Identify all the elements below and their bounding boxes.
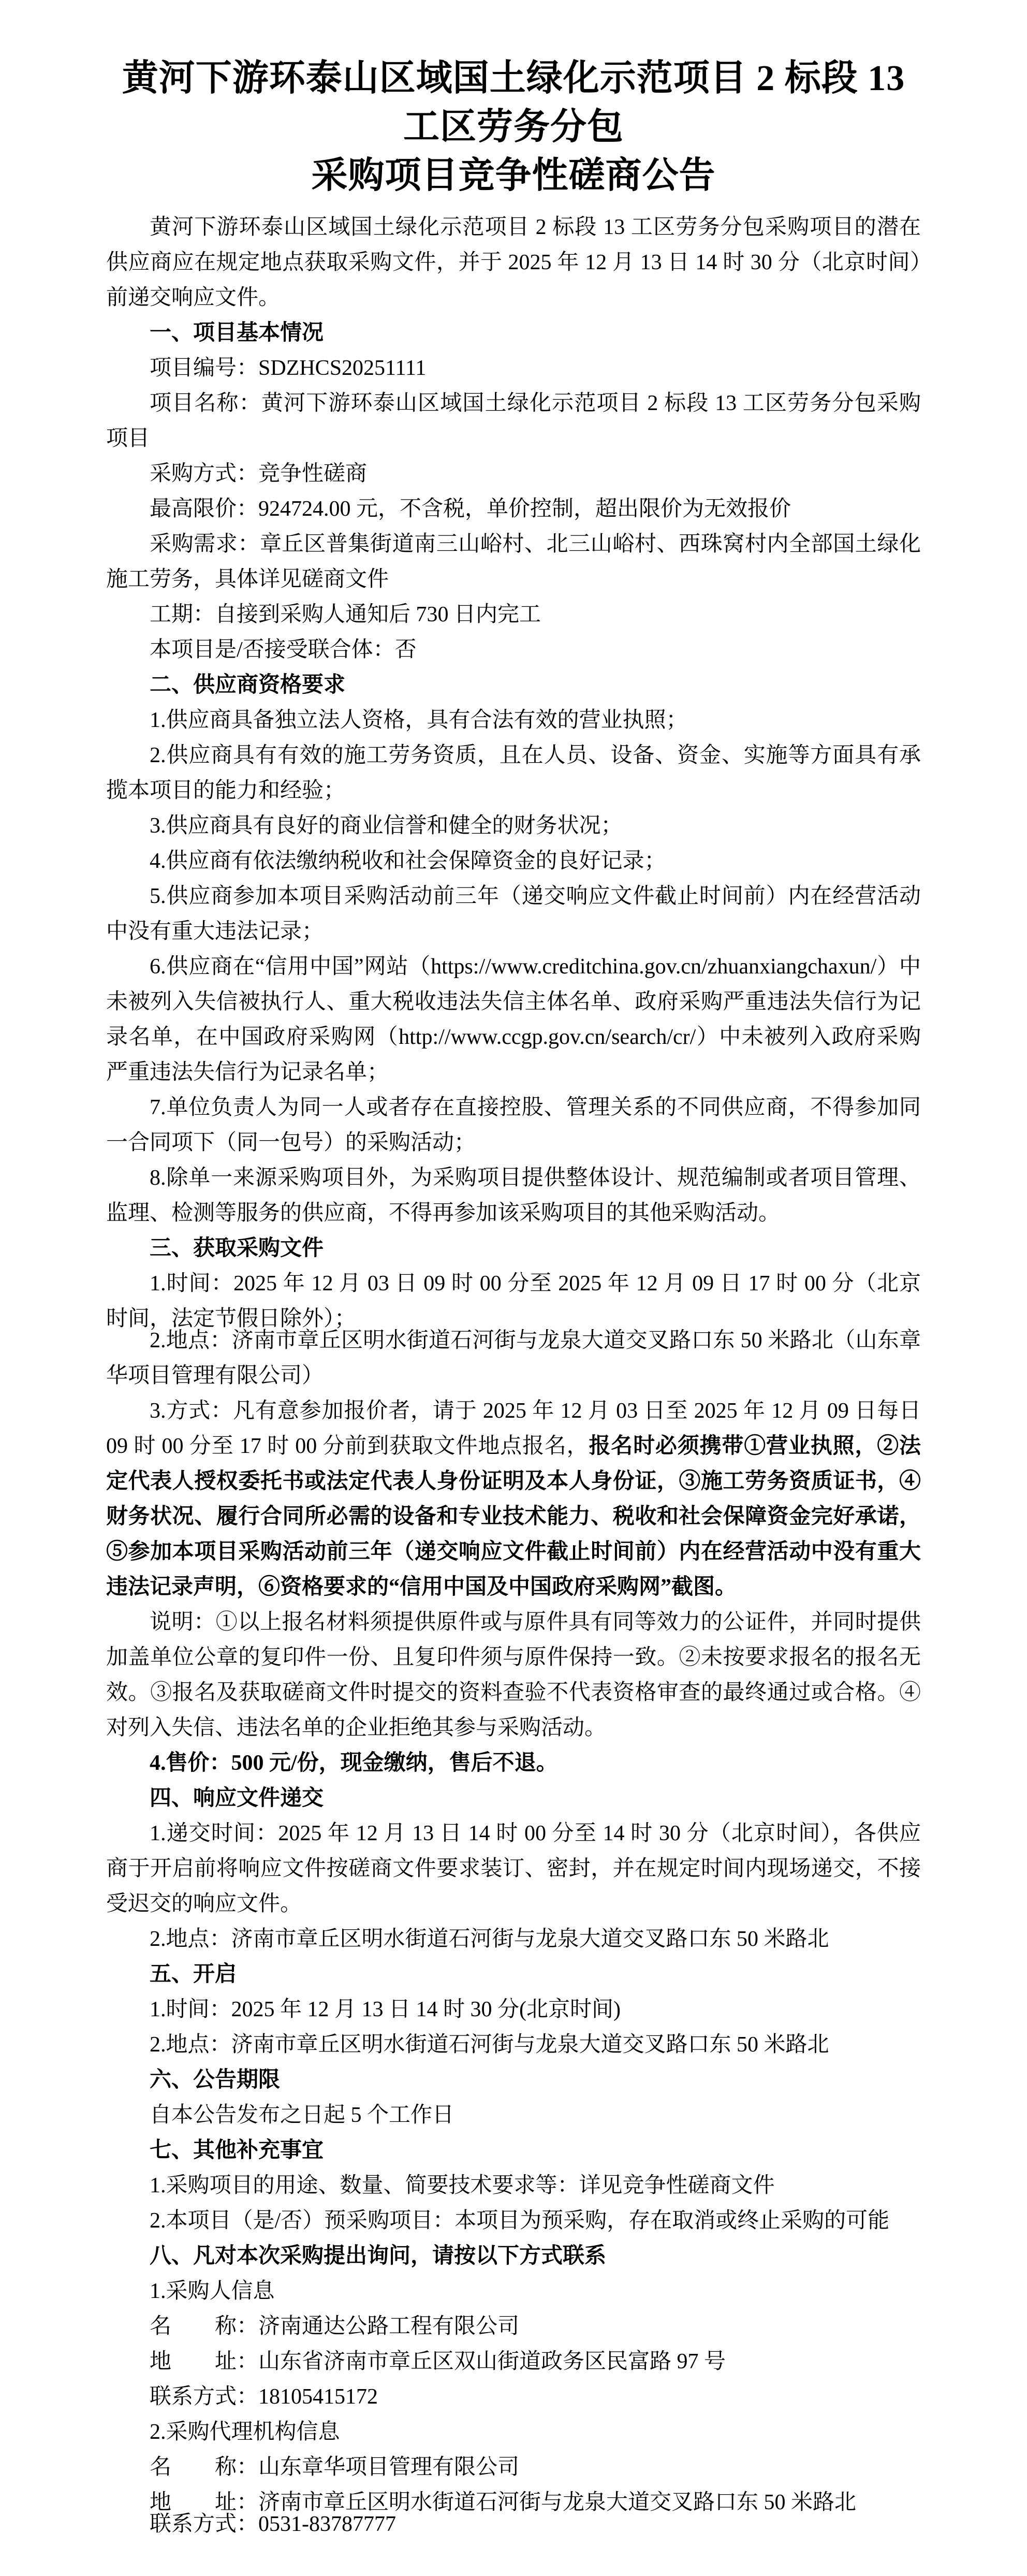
purchaser-info-title: 1.采购人信息 [106,2274,921,2309]
supplier-requirement-7: 7.单位负责人为同一人或者存在直接控股、管理关系的不同供应商，不得参加同一合同项… [106,1090,921,1160]
intro-paragraph: 黄河下游环泰山区域国土绿化示范项目 2 标段 13 工区劳务分包采购项目的潜在供… [106,210,921,315]
document-body: 黄河下游环泰山区域国土绿化示范项目 2 标段 13 工区劳务分包采购项目的潜在供… [106,210,921,2542]
submit-time: 1.递交时间：2025 年 12 月 13 日 14 时 00 分至 14 时 … [106,1816,921,1922]
section-heading-3: 三、获取采购文件 [106,1231,921,1266]
announcement-period: 自本公告发布之日起 5 个工作日 [106,2098,921,2133]
supplementary-1: 1.采购项目的用途、数量、简要技术要求等：详见竞争性磋商文件 [106,2168,921,2203]
supplier-requirement-6: 6.供应商在“信用中国”网站（https://www.creditchina.g… [106,949,921,1090]
project-name: 项目名称：黄河下游环泰山区域国土绿化示范项目 2 标段 13 工区劳务分包采购项… [106,386,921,456]
project-number: 项目编号：SDZHCS20251111 [106,351,921,386]
max-price: 最高限价：924724.00 元，不含税，单价控制，超出限价为无效报价 [106,491,921,527]
procurement-method: 采购方式：竞争性磋商 [106,456,921,491]
procurement-demand: 采购需求：章丘区普集街道南三山峪村、北三山峪村、西珠窝村内全部国土绿化施工劳务，… [106,527,921,597]
document-page: 黄河下游环泰山区域国土绿化示范项目 2 标段 13 工区劳务分包 采购项目竞争性… [0,0,1027,2576]
section-heading-1: 一、项目基本情况 [106,315,921,351]
section-heading-6: 六、公告期限 [106,2062,921,2098]
section-heading-8: 八、凡对本次采购提出询问，请按以下方式联系 [106,2238,921,2274]
submit-location: 2.地点：济南市章丘区明水街道石河街与龙泉大道交叉路口东 50 米路北 [106,1922,921,1957]
supplementary-2: 2.本项目（是/否）预采购项目：本项目为预采购，存在取消或终止采购的可能 [106,2203,921,2238]
supplier-requirement-5: 5.供应商参加本项目采购活动前三年（递交响应文件截止时间前）内在经营活动中没有重… [106,879,921,949]
supplier-requirement-2: 2.供应商具有有效的施工劳务资质，且在人员、设备、资金、实施等方面具有承揽本项目… [106,738,921,808]
document-title: 黄河下游环泰山区域国土绿化示范项目 2 标段 13 工区劳务分包 采购项目竞争性… [106,54,921,200]
purchaser-address: 地 址：山东省济南市章丘区双山街道政务区民富路 97 号 [106,2344,921,2379]
obtain-note: 说明：①以上报名材料须提供原件或与原件具有同等效力的公证件，并同时提供加盖单位公… [106,1605,921,1745]
section-heading-2: 二、供应商资格要求 [106,667,921,703]
document-title-line-1: 黄河下游环泰山区域国土绿化示范项目 2 标段 13 工区劳务分包 [106,54,921,152]
section-heading-4: 四、响应文件递交 [106,1781,921,1816]
purchaser-name: 名 称：济南通达公路工程有限公司 [106,2309,921,2344]
supplier-requirement-3: 3.供应商具有良好的商业信誉和健全的财务状况； [106,808,921,843]
obtain-method-run-2: 报名时必须携带①营业执照，②法定代表人授权委托书或法定代表人身份证明及本人身份证… [106,1434,921,1599]
agency-info-title: 2.采购代理机构信息 [106,2414,921,2450]
section-heading-7: 七、其他补充事宜 [106,2133,921,2168]
opening-time: 1.时间：2025 年 12 月 13 日 14 时 30 分(北京时间) [106,1992,921,2027]
document-price: 4.售价：500 元/份，现金缴纳，售后不退。 [106,1745,921,1781]
supplier-requirement-1: 1.供应商具备独立法人资格，具有合法有效的营业执照； [106,703,921,738]
obtain-location: 2.地点：济南市章丘区明水街道石河街与龙泉大道交叉路口东 50 米路北（山东章华… [106,1323,921,1393]
agency-name: 名 称：山东章华项目管理有限公司 [106,2450,921,2485]
supplier-requirement-4: 4.供应商有依法缴纳税收和社会保障资金的良好记录； [106,843,921,879]
purchaser-contact: 联系方式：18105415172 [106,2379,921,2414]
obtain-method: 3.方式：凡有意参加报价者，请于 2025 年 12 月 03 日至 2025 … [106,1393,921,1605]
supplier-requirement-8: 8.除单一来源采购项目外，为采购项目提供整体设计、规范编制或者项目管理、监理、检… [106,1160,921,1231]
construction-period: 工期：自接到采购人通知后 730 日内完工 [106,597,921,632]
document-title-line-2: 采购项目竞争性磋商公告 [106,152,921,200]
consortium-acceptance: 本项目是/否接受联合体：否 [106,632,921,667]
opening-location: 2.地点：济南市章丘区明水街道石河街与龙泉大道交叉路口东 50 米路北 [106,2027,921,2062]
section-heading-5: 五、开启 [106,1957,921,1992]
